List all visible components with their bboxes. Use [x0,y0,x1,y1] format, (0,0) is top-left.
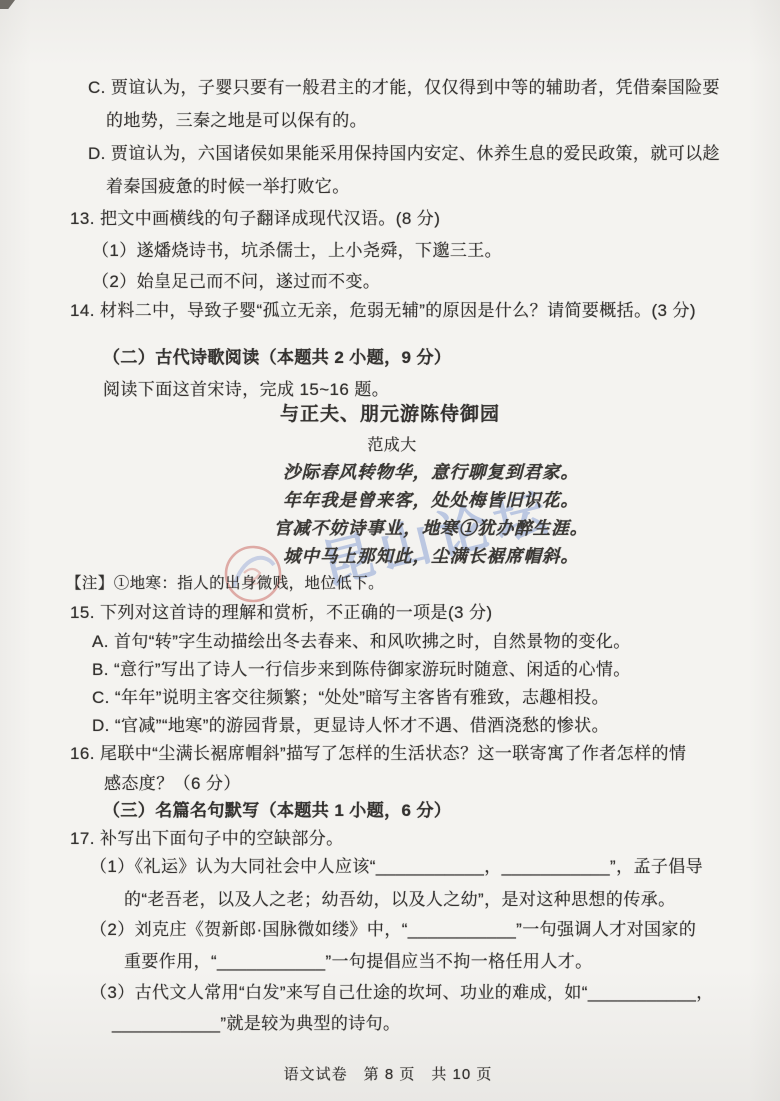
poem-title: 与正夫、朋元游陈侍御园 [280,404,500,426]
section-3-heading: （三）名篇名句默写（本题共 1 小题，6 分） [103,801,451,821]
poem-line-4: 城中马上那知此，尘满长裾席帽斜。 [283,546,579,566]
question-17-sub1-line2: 的“老吾老，以及人之老；幼吾幼，以及人之幼”，是对这种思想的传承。 [124,890,676,910]
question-15-option-a: A. 首句“转”字生动描绘出冬去春来、和风吹拂之时，自然景物的变化。 [92,632,631,652]
option-d-line1: D. 贾谊认为，六国诸侯如果能采用保持国内安定、休养生息的爱民政策，就可以趁 [88,144,720,164]
question-15-stem: 15. 下列对这首诗的理解和赏析，不正确的一项是(3 分) [70,603,492,623]
question-15-option-c: C. “年年”说明主客交往频繁；“处处”暗写主客皆有雅致，志趣相投。 [92,688,609,708]
question-17-sub1-line1: （1）《礼运》认为大同社会中人应该“___________，__________… [90,857,703,877]
poem-author: 范成大 [367,437,416,455]
question-16-line2: 感态度？（6 分） [104,774,241,794]
poem-note: 【注】①地寒：指人的出身微贱，地位低下。 [66,575,384,593]
page-footer: 语文试卷 第 8 页 共 10 页 [284,1066,493,1083]
question-13-stem: 13. 把文中画横线的句子翻译成现代汉语。(8 分) [70,209,440,229]
question-17-sub2-line2: 重要作用，“___________”一句提倡应当不拘一格任用人才。 [124,952,593,972]
exam-paper-page: 昆山论坛 C. 贾谊认为，子婴只要有一般君主的才能，仅仅得到中等的辅助者，凭借秦… [0,0,780,1101]
question-17-sub2-line1: （2）刘克庄《贺新郎·国脉微如缕》中，“___________”一句强调人才对国… [90,920,696,940]
poem-line-1: 沙际春风转物华，意行聊复到君家。 [283,462,579,482]
question-13-item2: （2）始皇足己而不问，遂过而不变。 [92,272,380,292]
question-15-option-d: D. “官减”“地寒”的游园背景，更显诗人怀才不遇、借酒浇愁的惨状。 [92,716,609,736]
question-14-stem: 14. 材料二中，导致子婴“孤立无亲，危弱无辅”的原因是什么？请简要概括。(3 … [70,301,696,321]
seal-graphic [222,543,284,605]
poem-line-2: 年年我是曾来客，处处梅皆旧识花。 [283,490,579,510]
question-17-stem: 17. 补写出下面句子中的空缺部分。 [70,829,344,849]
question-16-line1: 16. 尾联中“尘满长裾席帽斜”描写了怎样的生活状态？这一联寄寓了作者怎样的情 [70,744,686,764]
section-2-intro: 阅读下面这首宋诗，完成 15~16 题。 [103,380,389,400]
question-13-item1: （1）遂燔烧诗书，坑杀儒士，上小尧舜，下邈三王。 [92,241,502,261]
red-seal-stamp [222,543,284,605]
question-17-sub3-line1: （3）古代文人常用“白发”来写自己仕途的坎坷、功业的难成，如“_________… [90,983,714,1003]
option-c-line2: 的地势，三秦之地是可以保有的。 [106,111,367,131]
question-17-sub3-line2: ___________”就是较为典型的诗句。 [112,1014,400,1034]
poem-line-3: 官减不妨诗事业，地寒①犹办醉生涯。 [274,518,589,538]
scan-corner-artifact [0,0,15,9]
question-15-option-b: B. “意行”写出了诗人一行信步来到陈侍御家游玩时随意、闲适的心情。 [92,660,631,680]
section-2-heading: （二）古代诗歌阅读（本题共 2 小题，9 分） [103,348,451,368]
option-c-line1: C. 贾谊认为，子婴只要有一般君主的才能，仅仅得到中等的辅助者，凭借秦国险要 [88,78,720,98]
option-d-line2: 着秦国疲惫的时候一举打败它。 [106,177,350,197]
